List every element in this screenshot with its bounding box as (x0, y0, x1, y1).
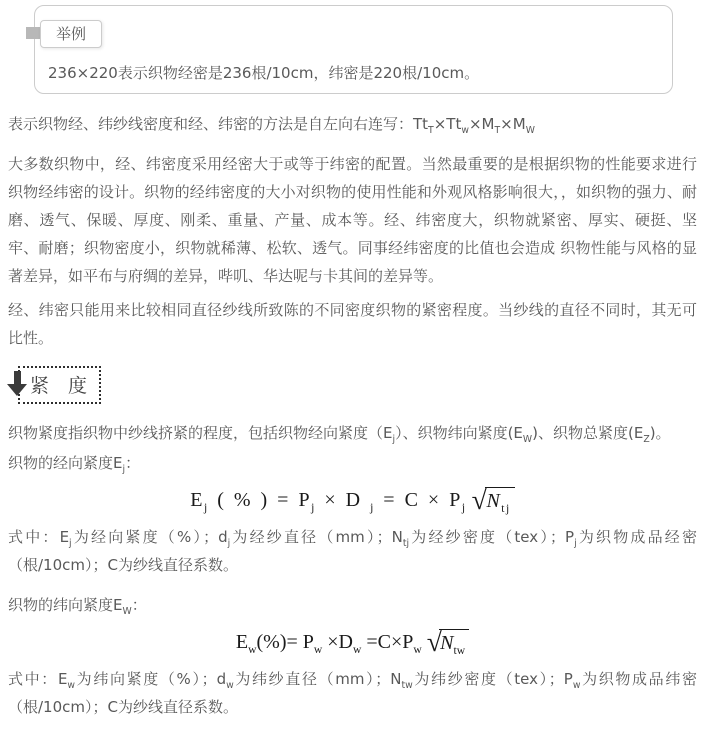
example-text: 236×220表示织物经密是236根/10cm，纬密是220根/10cm。 (48, 62, 479, 83)
weft-formula-note: 式中：Ew为纬向紧度（%）；dw为纬纱直径（mm）；Ntw为纬纱密度（tex）；… (8, 665, 697, 721)
section-title: 紧 度 (18, 366, 101, 404)
paragraph-density-config: 大多数织物中，经、纬密度采用经密大于或等于纬密的配置。当然最重要的是根据织物的性… (8, 150, 697, 290)
document-page: 举例 236×220表示织物经密是236根/10cm，纬密是220根/10cm。… (0, 5, 707, 721)
weft-tightness-formula: Ew(%)= Pw ×Dw =C×Pw √ Ntw (8, 623, 697, 661)
sqrt-base: N (486, 490, 501, 512)
warp-formula-lhs: Ej ( % ) = Pj × D j = C × Pj (190, 489, 466, 512)
tightness-intro: 织物紧度指织物中纱线挤紧的程度，包括织物经向紧度（Ej）、织物纬向紧度(EW)、… (8, 418, 697, 449)
sqrt-subscript: tw (454, 644, 466, 657)
weft-formula-lhs: Ew(%)= Pw ×Dw =C×Pw (236, 631, 422, 654)
sqrt-radical: √ Ntj (472, 487, 515, 513)
example-callout-box: 举例 236×220表示织物经密是236根/10cm，纬密是220根/10cm。 (34, 5, 673, 94)
paragraph-density-compare: 经、纬密只能用来比较相同直径纱线所致陈的不同密度织物的紧密程度。当纱线的直径不同… (8, 296, 697, 352)
weft-tightness-label: 织物的纬向紧度EW： (8, 591, 697, 619)
main-content: 表示织物经、纬纱线密度和经、纬密的方法是自左向右连写：TtT×Ttw×MT×MW… (0, 110, 707, 721)
example-tab-label: 举例 (40, 20, 102, 48)
warp-formula-note: 式中：Ej为经向紧度（%）；dj为经纱直径（mm）；Ntj为经纱密度（tex）；… (8, 523, 697, 579)
notation-line: 表示织物经、纬纱线密度和经、纬密的方法是自左向右连写：TtT×Ttw×MT×MW (8, 110, 697, 138)
warp-tightness-formula: Ej ( % ) = Pj × D j = C × Pj √ Ntj (8, 481, 697, 519)
down-arrow-icon (7, 371, 27, 396)
sqrt-subscript: tj (501, 502, 510, 515)
sqrt-base: N (440, 632, 453, 654)
warp-tightness-label: 织物的经向紧度Ej： (8, 449, 697, 477)
sqrt-radical: √ Ntw (427, 629, 469, 655)
section-header-tightness: 紧 度 (18, 366, 101, 404)
